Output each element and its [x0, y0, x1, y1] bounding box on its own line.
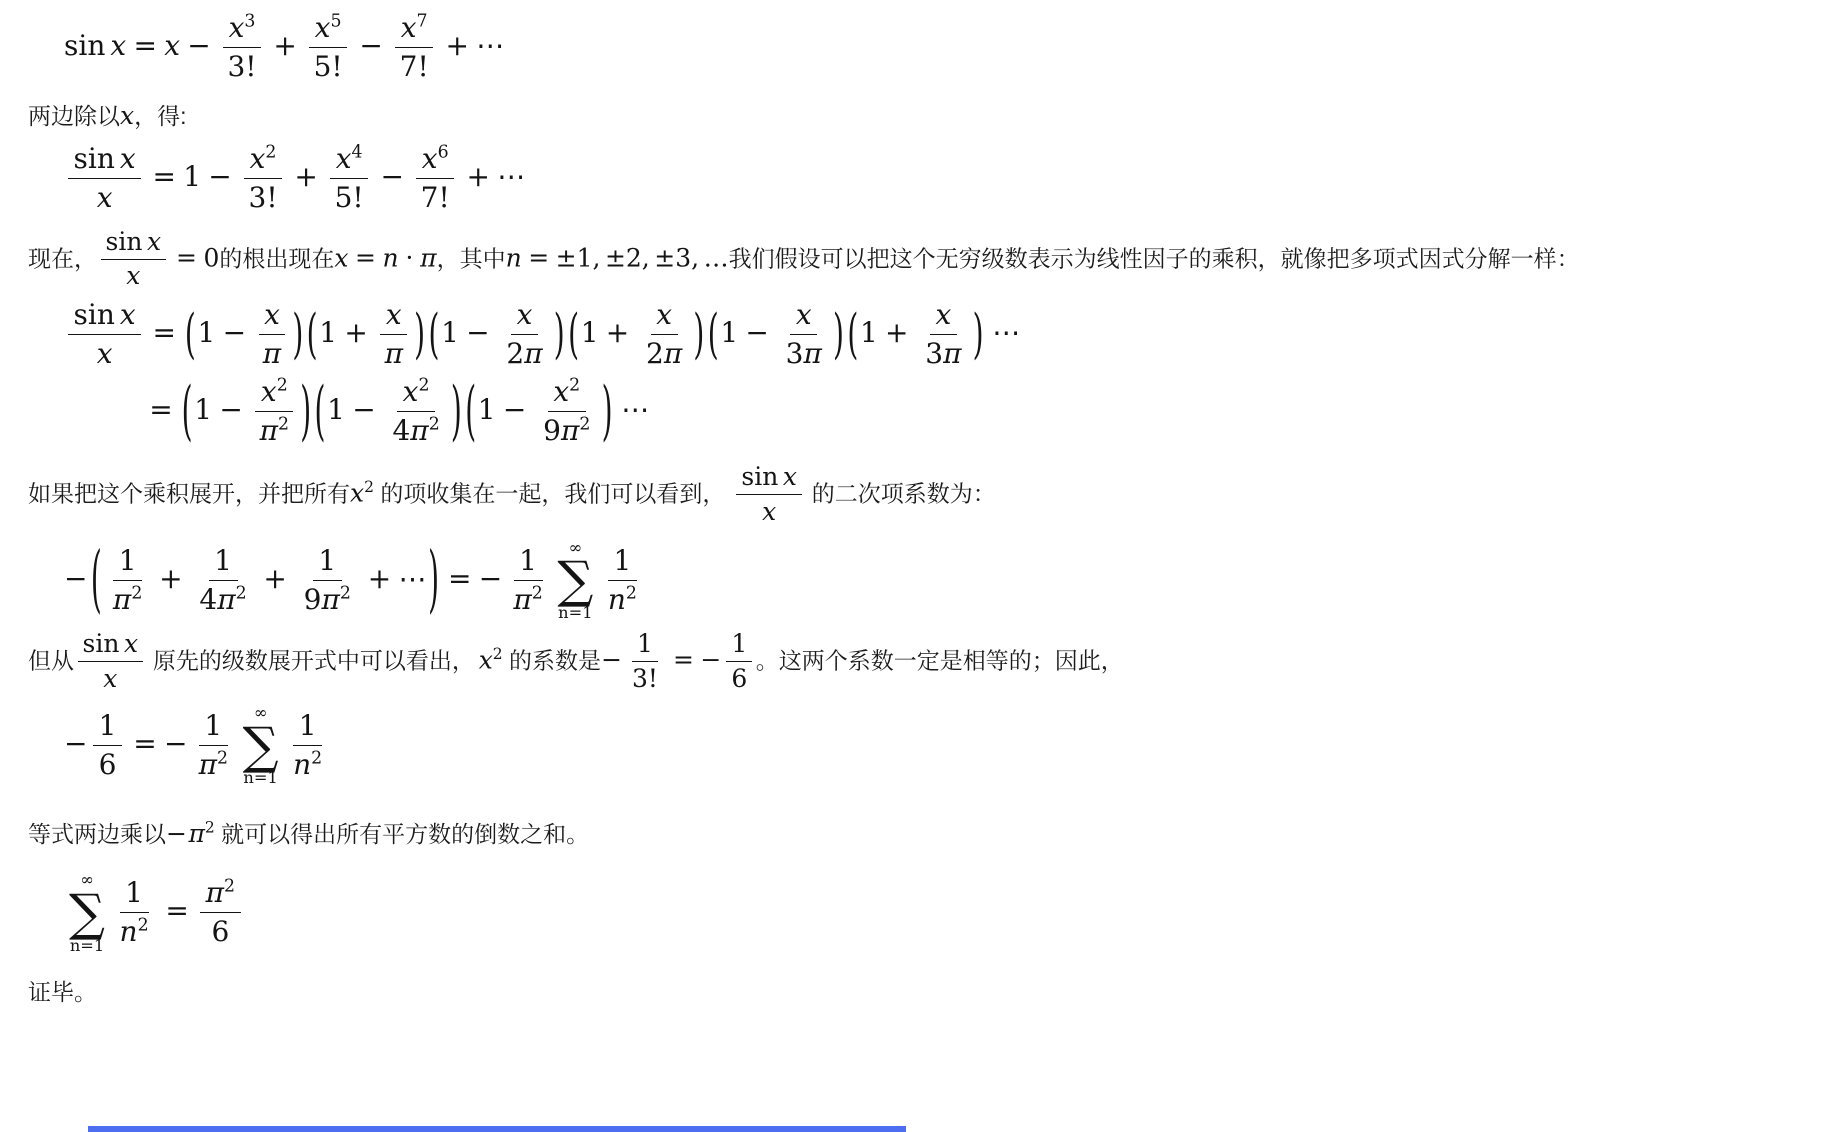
paragraph-collect-x2-terms: 如果把这个乘积展开，并把所有x2 的项收集在一起，我们可以看到，sinxx 的二… [28, 463, 1839, 527]
formula-sine-series: sinx=x−x33!+x55!−x77!+⋯ [64, 12, 1839, 83]
paragraph-qed: 证毕。 [28, 977, 1839, 1008]
formula-equate-coefficients: −16=−1π2∞∑n=11n2 [64, 704, 1839, 788]
math-document: sinx=x−x33!+x55!−x77!+⋯ 两边除以x，得: sinxx=1… [0, 0, 1839, 1008]
formula-product-linear-factors: sinxx=(1−xπ)(1+xπ)(1−x2π)(1+x2π)(1−x3π)(… [64, 299, 1839, 370]
formula-quadratic-coefficient: −(1π2+14π2+19π2+⋯)=−1π2∞∑n=11n2 [64, 539, 1839, 623]
partial-bottom-element[interactable] [88, 1126, 906, 1132]
formula-basel-result: ∞∑n=11n2=π26 [64, 871, 1839, 955]
paragraph-divide-by-x: 两边除以x，得: [28, 99, 1839, 133]
formula-product-quadratic-factors: =(1−x2π2)(1−x24π2)(1−x29π2)⋯ [142, 376, 1839, 447]
formula-sinx-over-x-series: sinxx=1−x23!+x45!−x67!+⋯ [64, 143, 1839, 214]
paragraph-compare-coefficients: 但从sinxx 原先的级数展开式中可以看出，x2 的系数是−13!=−16。这两… [28, 630, 1839, 694]
paragraph-roots-assumption: 现在，sinxx=0的根出现在x=n⋅π，其中n=±1,±2,±3,…我们假设可… [28, 228, 1839, 292]
paragraph-multiply-by-pi2: 等式两边乘以−π2 就可以得出所有平方数的倒数之和。 [28, 817, 1839, 851]
